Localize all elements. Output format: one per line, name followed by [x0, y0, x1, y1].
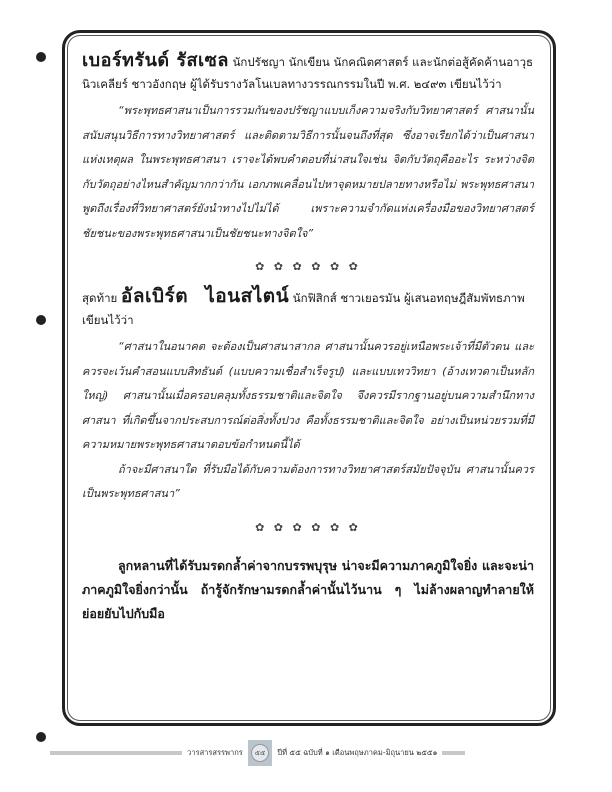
- footer-bar-left: [50, 751, 182, 755]
- punch-hole-top: [36, 52, 46, 62]
- punch-hole-middle: [36, 315, 46, 325]
- einstein-quote-p1: “ศาสนาในอนาคต จะต้องเป็นศาสนาสากล ศาสนาน…: [82, 335, 534, 458]
- page-content: เบอร์ทรันด์ รัสเซล นักปรัชญา นักเขียน นั…: [82, 50, 534, 626]
- einstein-quote-p2: ถ้าจะมีศาสนาใด ที่รับมือได้กับความต้องกา…: [82, 458, 534, 507]
- closing-paragraph: ลูกหลานที่ได้รับมรดกล้ำค่าจากบรรพบุรุษ น…: [82, 554, 534, 626]
- russell-intro: เบอร์ทรันด์ รัสเซล นักปรัชญา นักเขียน นั…: [82, 50, 534, 95]
- russell-intro-line2: นิวเคลียร์ ชาวอังกฤษ ผู้ได้รับรางวัลโนเบ…: [82, 77, 502, 91]
- einstein-intro: สุดท้าย อัลเบิร์ต ไอนสไตน์ นักฟิสิกส์ ชา…: [82, 285, 534, 331]
- footer-issue-info: ปีที่ ๕๕ ฉบับที่ ๑ เดือนพฤษภาคม-มิถุนายน…: [277, 747, 437, 759]
- footer-journal-name: วารสารสรรพากร: [187, 747, 243, 759]
- page-footer: วารสารสรรพากร ๕๕ ปีที่ ๕๕ ฉบับที่ ๑ เดือ…: [50, 738, 465, 768]
- journal-logo-glyph: ๕๕: [251, 744, 269, 762]
- flower-divider-1: ✿ ✿ ✿ ✿ ✿ ✿: [82, 260, 534, 273]
- einstein-prefix: สุดท้าย: [82, 291, 117, 305]
- footer-bar-right: [442, 751, 465, 755]
- russell-quote: “พระพุทธศาสนาเป็นการรวมกันของปรัชญาแบบเก…: [82, 99, 534, 246]
- russell-name: เบอร์ทรันด์ รัสเซล: [82, 50, 229, 71]
- einstein-intro-line2: เขียนไว้ว่า: [82, 313, 134, 327]
- flower-divider-2: ✿ ✿ ✿ ✿ ✿ ✿: [82, 521, 534, 534]
- einstein-intro-line1: นักฟิสิกส์ ชาวเยอรมัน ผู้เสนอทฤษฎีสัมพัท…: [293, 291, 525, 305]
- russell-intro-line1: นักปรัชญา นักเขียน นักคณิตศาสตร์ และนักต…: [233, 55, 534, 69]
- journal-logo-icon: ๕๕: [248, 740, 273, 766]
- punch-hole-bottom: [36, 732, 46, 742]
- einstein-name: อัลเบิร์ต ไอนสไตน์: [121, 285, 289, 307]
